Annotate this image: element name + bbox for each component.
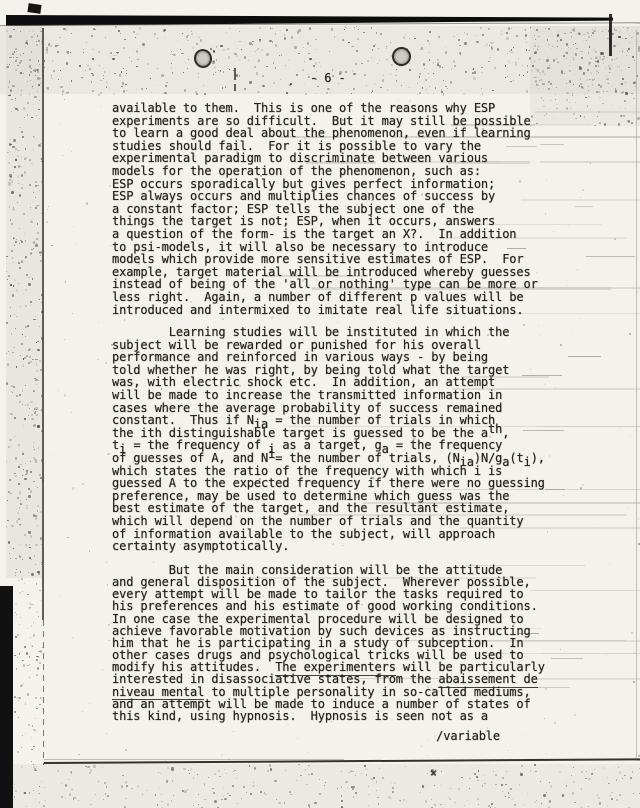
text-line: performance and reinforced in various wa… bbox=[112, 351, 545, 364]
text-line: available to them. This is one of the re… bbox=[112, 102, 538, 115]
paragraph: Learning studies will be instituted in w… bbox=[112, 326, 545, 553]
text-line: models which provide more sensitive esti… bbox=[112, 253, 538, 266]
text-line: certainty asymptotically. bbox=[112, 540, 545, 553]
document-body-text: available to them. This is one of the re… bbox=[0, 0, 640, 808]
text-line: ESP always occurs and multiplies chances… bbox=[112, 190, 538, 203]
text-line: Learning studies will be instituted in w… bbox=[112, 326, 545, 339]
text-line: this kind, using hypnosis. Hypnosis is s… bbox=[112, 710, 545, 722]
text-line: niveau mental to multiple personality in… bbox=[112, 686, 545, 698]
text-line: which will depend on the number of trial… bbox=[112, 515, 545, 528]
text-line: less right. Again, a number of different… bbox=[112, 291, 538, 304]
text-line: will be made to increase the transmitted… bbox=[112, 389, 545, 402]
paragraph: But the main consideration will be the a… bbox=[112, 564, 545, 722]
text-line: of guesses of A, and Ni= the number of t… bbox=[112, 452, 545, 465]
paragraph: available to them. This is one of the re… bbox=[112, 102, 538, 316]
text-line: guessed A to the expected frequency if t… bbox=[112, 477, 545, 490]
scanned-document-page: - 6 - available to them. This is one of … bbox=[0, 0, 640, 808]
text-line: to learn a good deal about the phenomeno… bbox=[112, 127, 538, 140]
text-line: a question of the form- is the target an… bbox=[112, 228, 538, 241]
text-line: models for the operation of the phenomen… bbox=[112, 165, 538, 178]
text-line: In one case the experimental procedure w… bbox=[112, 613, 545, 625]
text-line: his preferences and his estimate of good… bbox=[112, 600, 545, 612]
continuation-marker: /variable bbox=[112, 729, 500, 743]
text-line: introduced and intermixed to imitate rea… bbox=[112, 304, 538, 317]
